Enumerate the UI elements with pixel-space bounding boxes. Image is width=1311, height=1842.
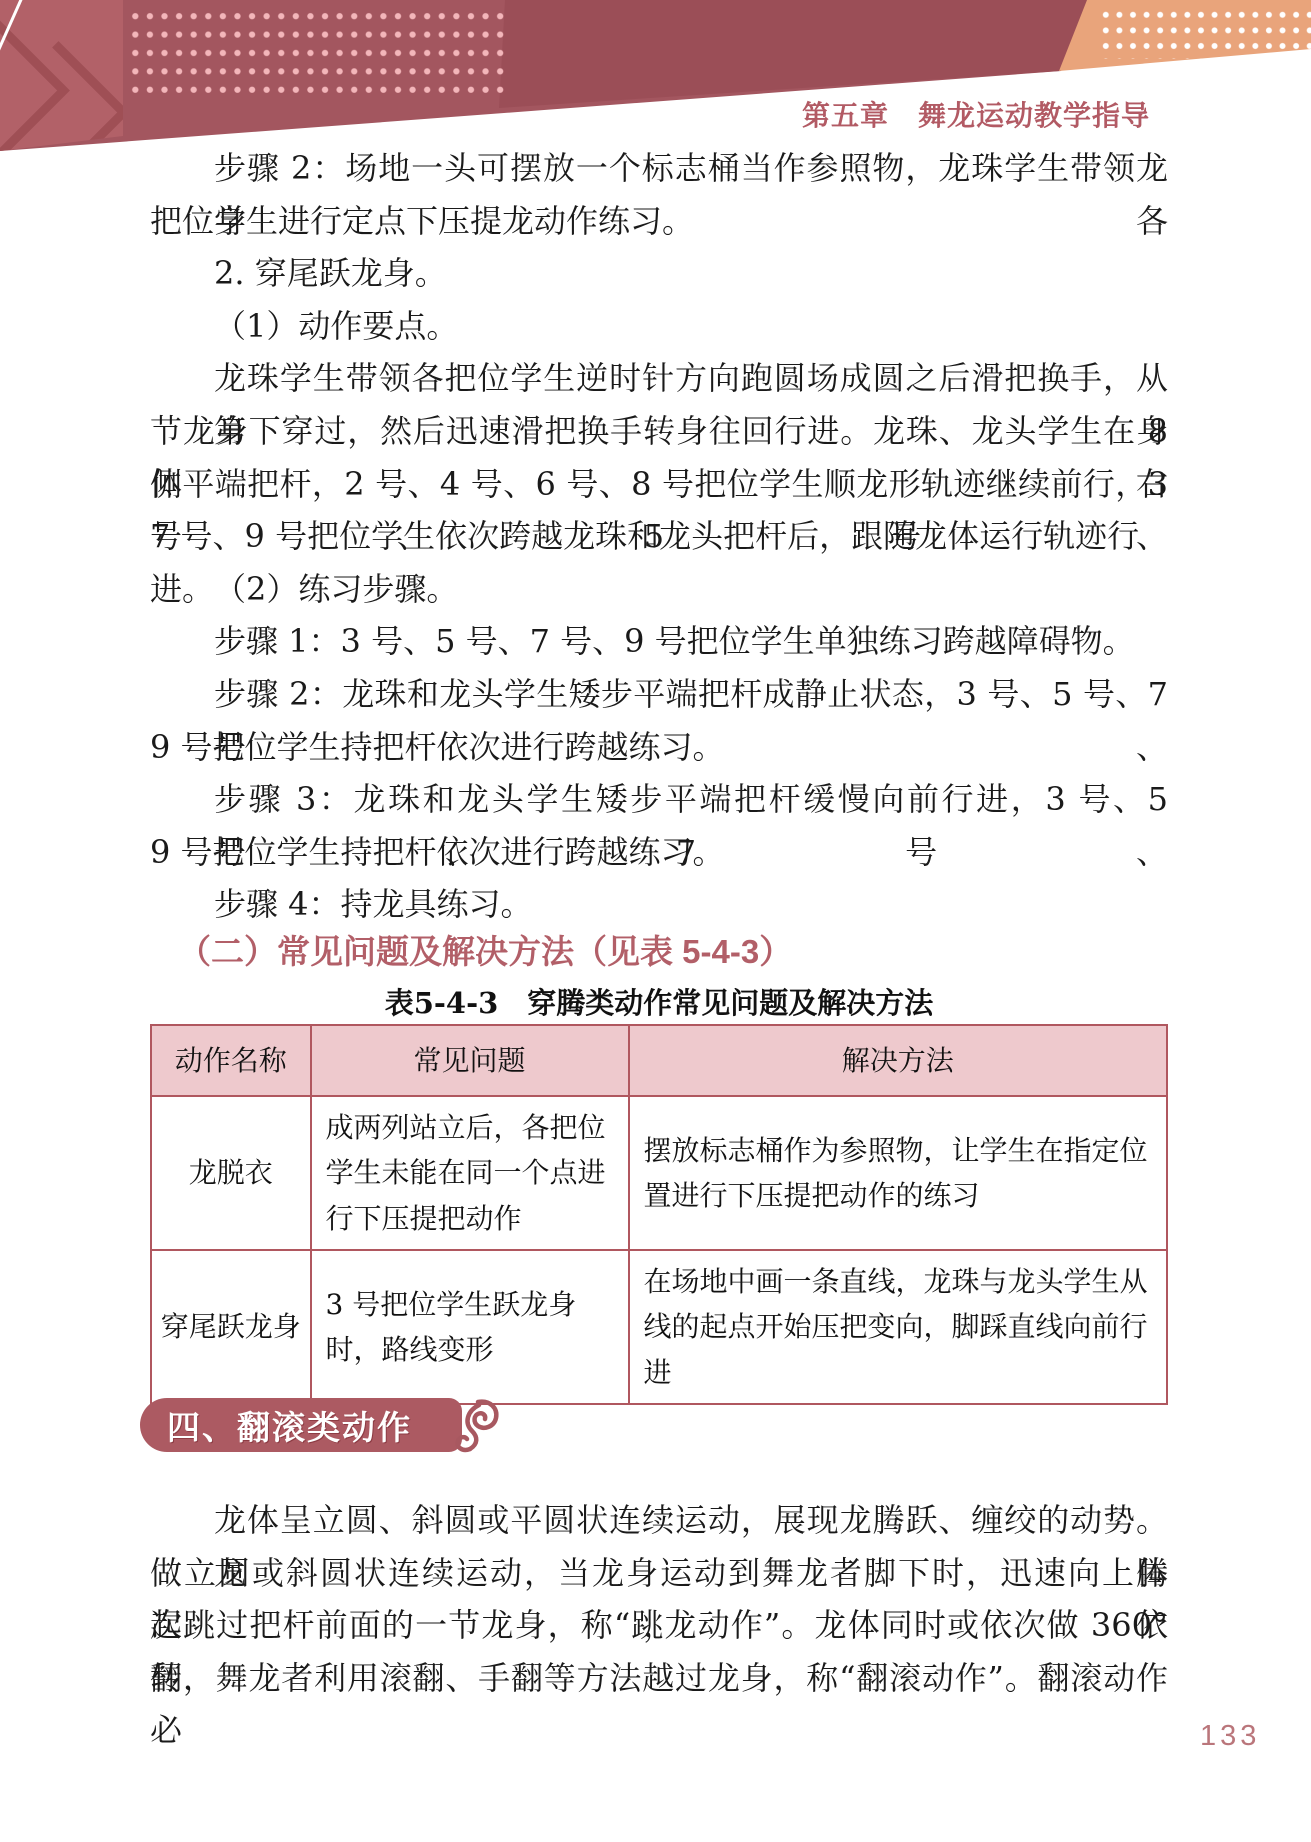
table-row: 龙脱衣 成两列站立后，各把位学生未能在同一个点进行下压提把动作 摆放标志桶作为参…: [151, 1096, 1167, 1250]
body-line: 步骤 4：持龙具练习。: [150, 878, 1168, 931]
pink-dots-pattern: [128, 7, 510, 101]
body-line: 步骤 2：龙珠和龙头学生矮步平端把杆成静止状态，3 号、5 号、7 号、: [150, 668, 1168, 721]
body-line: （2）练习步骤。: [150, 563, 1168, 616]
paragraph-line: 做立圆或斜圆状连续运动，当龙身运动到舞龙者脚下时，迅速向上腾起，依: [150, 1547, 1168, 1600]
page-number: 133: [1200, 1720, 1260, 1753]
table-cell-action-name: 龙脱衣: [151, 1096, 311, 1250]
table-header-solution: 解决方法: [629, 1025, 1168, 1096]
section-heading-label: 四、翻滚类动作: [140, 1402, 412, 1449]
paragraph-line: 龙体呈立圆、斜圆或平圆状连续运动，展现龙腾跃、缠绞的动势。龙体: [150, 1494, 1168, 1547]
table-header-action-name: 动作名称: [151, 1025, 311, 1096]
body-line: 侧平端把杆，2 号、4 号、6 号、8 号把位学生顺龙形轨迹继续前行，3 号、5…: [150, 458, 1168, 511]
paragraph-line: 次跳过把杆前面的一节龙身，称“跳龙动作”。龙体同时或依次做 360° 翻: [150, 1599, 1168, 1652]
table-row: 穿尾跃龙身 3 号把位学生跃龙身时，路线变形 在场地中画一条直线，龙珠与龙头学生…: [151, 1250, 1167, 1404]
body-line: 2. 穿尾跃龙身。: [150, 247, 1168, 300]
table-cell-problem: 3 号把位学生跃龙身时，路线变形: [311, 1250, 629, 1404]
body-line: 7 号、9 号把位学生依次跨越龙珠和龙头把杆后，跟随龙体运行轨迹行进。: [150, 510, 1168, 563]
table-caption: 表5-4-3 穿腾类动作常见问题及解决方法: [150, 982, 1168, 1024]
table-header-row: 动作名称 常见问题 解决方法: [151, 1025, 1167, 1096]
cloud-swirl-icon: [452, 1398, 504, 1456]
body-line: 步骤 2：场地一头可摆放一个标志桶当作参照物，龙珠学生带领龙身各: [150, 142, 1168, 195]
table-cell-solution: 摆放标志桶作为参照物，让学生在指定位置进行下压提把动作的练习: [629, 1096, 1168, 1250]
paragraph-line: 转，舞龙者利用滚翻、手翻等方法越过龙身，称“翻滚动作”。翻滚动作必: [150, 1652, 1168, 1705]
section-heading-pill: 四、翻滚类动作: [140, 1398, 462, 1452]
subsection-heading: （二）常见问题及解决方法（见表 5-4-3）: [178, 929, 792, 975]
header-decorative-band: [0, 0, 1311, 160]
body-line: 龙珠学生带领各把位学生逆时针方向跑圆场成圆之后滑把换手，从第 8: [150, 352, 1168, 405]
chapter-title: 第五章 舞龙运动教学指导: [0, 94, 1150, 134]
problems-solutions-table: 动作名称 常见问题 解决方法 龙脱衣 成两列站立后，各把位学生未能在同一个点进行…: [150, 1024, 1168, 1405]
table-header-common-problem: 常见问题: [311, 1025, 629, 1096]
body-line: （1）动作要点。: [150, 300, 1168, 353]
section-paragraph-block: 龙体呈立圆、斜圆或平圆状连续运动，展现龙腾跃、缠绞的动势。龙体 做立圆或斜圆状连…: [150, 1494, 1168, 1704]
table-cell-solution: 在场地中画一条直线，龙珠与龙头学生从线的起点开始压把变向，脚踩直线向前行进: [629, 1250, 1168, 1404]
body-line: 步骤 3：龙珠和龙头学生矮步平端把杆缓慢向前行进，3 号、5 号、7 号、: [150, 773, 1168, 826]
table-cell-action-name: 穿尾跃龙身: [151, 1250, 311, 1404]
body-text-block: 步骤 2：场地一头可摆放一个标志桶当作参照物，龙珠学生带领龙身各 把位学生进行定…: [150, 142, 1168, 931]
table-cell-problem: 成两列站立后，各把位学生未能在同一个点进行下压提把动作: [311, 1096, 629, 1250]
body-line: 步骤 1：3 号、5 号、7 号、9 号把位学生单独练习跨越障碍物。: [150, 615, 1168, 668]
body-line: 节龙身下穿过，然后迅速滑把换手转身往回行进。龙珠、龙头学生在身体右: [150, 405, 1168, 458]
white-dots-pattern: [1099, 7, 1311, 59]
